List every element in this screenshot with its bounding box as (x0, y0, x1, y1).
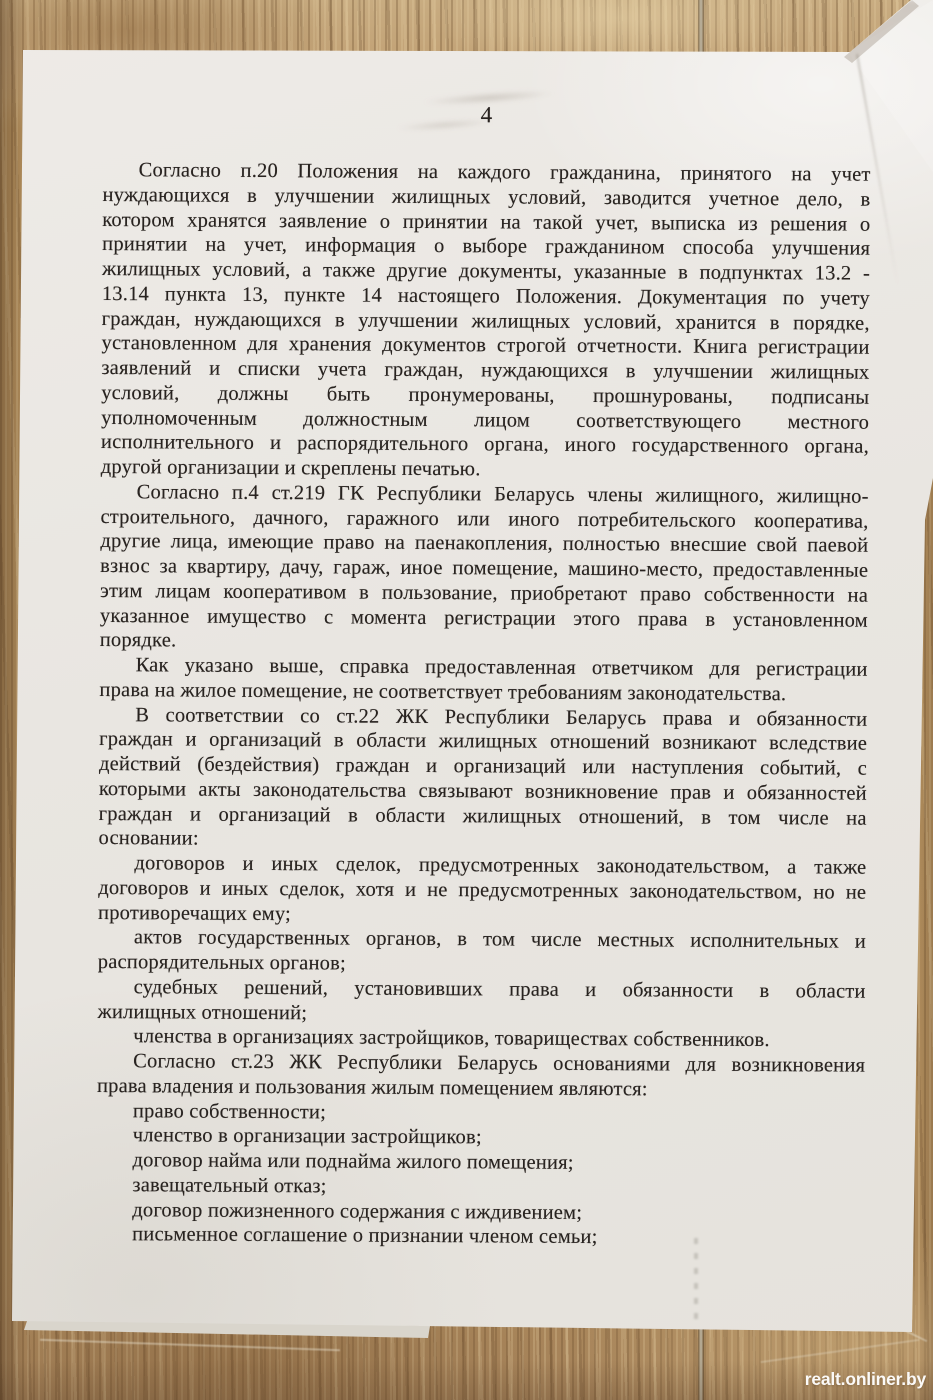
list-item: письменное соглашение о признании членом… (96, 1222, 864, 1251)
pencil-smudge (694, 1238, 698, 1328)
text-line: граждан и организаций в области жилищных… (99, 801, 867, 830)
document-body: Согласно п.20 Положения на каждого гражд… (96, 158, 871, 1252)
document-page: 4 Согласно п.20 Положения на каждого гра… (0, 0, 933, 1400)
page-number: 4 (103, 100, 871, 131)
watermark: realt.onliner.by (805, 1369, 926, 1390)
text-line: указанное имущество с момента регистраци… (100, 603, 868, 632)
photo-scene: 4 Согласно п.20 Положения на каждого гра… (0, 0, 933, 1400)
